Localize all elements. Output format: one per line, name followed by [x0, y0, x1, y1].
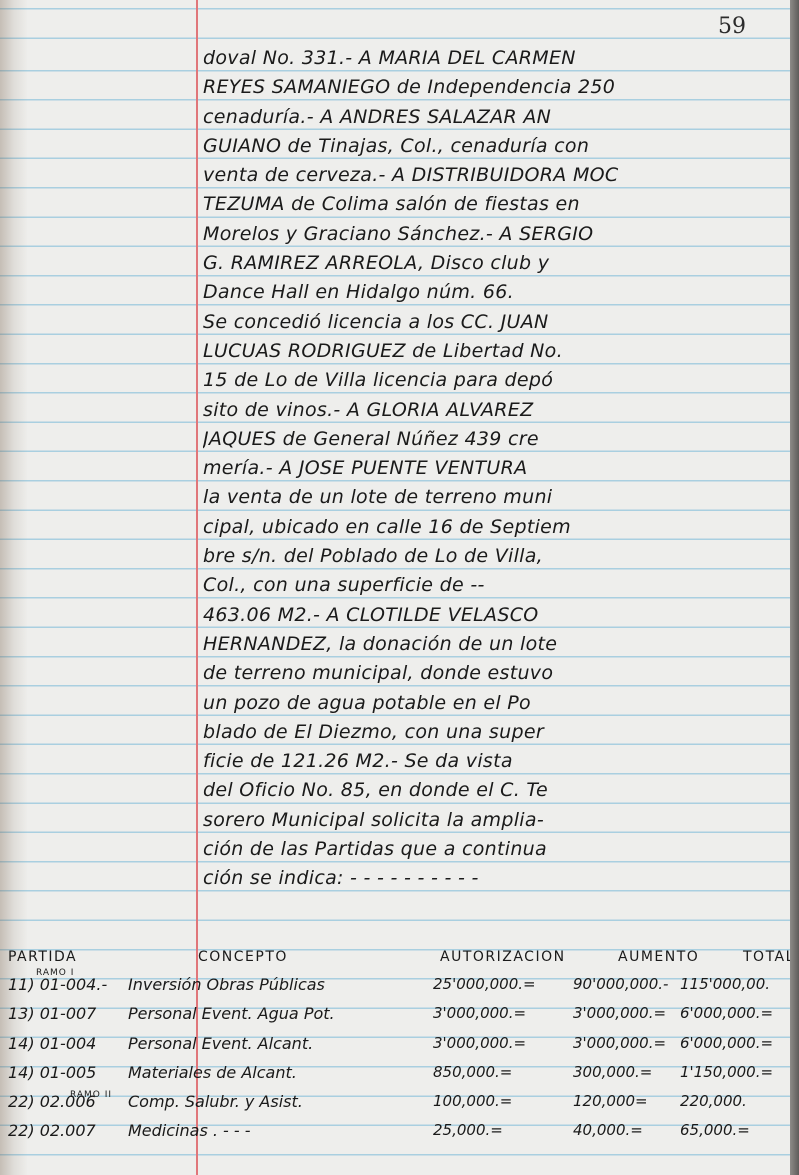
cell-autorizacion: 850,000.= — [433, 1058, 573, 1087]
text-line: Se concedió licencia a los CC. JUAN — [203, 308, 788, 337]
cell-concepto: Medicinas . - - - — [128, 1116, 428, 1145]
text-line: HERNANDEZ, la donación de un lote — [203, 630, 788, 659]
table-row: 14) 01-005 Materiales de Alcant. 850,000… — [8, 1058, 790, 1087]
text-line: un pozo de agua potable en el Po — [203, 689, 788, 718]
text-line: Col., con una superficie de -- — [203, 571, 788, 600]
cell-concepto: Inversión Obras Públicas — [128, 970, 428, 999]
text-line: REYES SAMANIEGO de Independencia 250 — [203, 73, 788, 102]
cell-aumento: 120,000= — [573, 1087, 683, 1116]
table-row: 22) 02.007 Medicinas . - - - 25,000.= 40… — [8, 1116, 790, 1145]
cell-concepto: Comp. Salubr. y Asist. — [128, 1087, 428, 1116]
text-line: Dance Hall en Hidalgo núm. 66. — [203, 278, 788, 307]
text-line: bre s/n. del Poblado de Lo de Villa, — [203, 542, 788, 571]
cell-total: 6'000,000.= — [680, 999, 795, 1028]
text-line: sorero Municipal solicita la amplia- — [203, 806, 788, 835]
text-line: Morelos y Graciano Sánchez.- A SERGIO — [203, 220, 788, 249]
text-line: cipal, ubicado en calle 16 de Septiem — [203, 513, 788, 542]
text-line: doval No. 331.- A MARIA DEL CARMEN — [203, 44, 788, 73]
text-line: la venta de un lote de terreno muni — [203, 483, 788, 512]
text-line: mería.- A JOSE PUENTE VENTURA — [203, 454, 788, 483]
table-header-row: PARTIDA RAMO I CONCEPTO AUTORIZACION AUM… — [8, 944, 790, 970]
cell-aumento: 90'000,000.- — [573, 970, 683, 999]
cell-partida: 14) 01-004 — [8, 1029, 128, 1058]
text-line: blado de El Diezmo, con una super — [203, 718, 788, 747]
table-row: 11) 01-004.- Inversión Obras Públicas 25… — [8, 970, 790, 999]
text-line: GUIANO de Tinajas, Col., cenaduría con — [203, 132, 788, 161]
budget-partidas-table: PARTIDA RAMO I CONCEPTO AUTORIZACION AUM… — [8, 944, 790, 1146]
table-row: 13) 01-007 Personal Event. Agua Pot. 3'0… — [8, 999, 790, 1028]
page-number: 59 — [718, 14, 746, 39]
cell-partida: 11) 01-004.- — [8, 970, 128, 999]
text-line: ción de las Partidas que a continua — [203, 835, 788, 864]
header-aumento: AUMENTO — [618, 944, 728, 970]
text-line: 15 de Lo de Villa licencia para depó — [203, 366, 788, 395]
cell-concepto: Personal Event. Alcant. — [128, 1029, 428, 1058]
text-line: cenaduría.- A ANDRES SALAZAR AN — [203, 103, 788, 132]
text-line: G. RAMIREZ ARREOLA, Disco club y — [203, 249, 788, 278]
cell-total: 6'000,000.= — [680, 1029, 795, 1058]
text-line: TEZUMA de Colima salón de fiestas en — [203, 190, 788, 219]
cell-aumento: 3'000,000.= — [573, 1029, 683, 1058]
cell-concepto: Materiales de Alcant. — [128, 1058, 428, 1087]
text-line: de terreno municipal, donde estuvo — [203, 659, 788, 688]
cell-total: 220,000. — [680, 1087, 795, 1116]
text-line: venta de cerveza.- A DISTRIBUIDORA MOC — [203, 161, 788, 190]
text-line: LUCUAS RODRIGUEZ de Libertad No. — [203, 337, 788, 366]
text-line: sito de vinos.- A GLORIA ALVAREZ — [203, 396, 788, 425]
text-line: JAQUES de General Núñez 439 cre — [203, 425, 788, 454]
cell-total: 115'000,00. — [680, 970, 795, 999]
header-autorizacion: AUTORIZACION — [440, 944, 580, 970]
text-line: 463.06 M2.- A CLOTILDE VELASCO — [203, 601, 788, 630]
text-line: del Oficio No. 85, en donde el C. Te — [203, 776, 788, 805]
table-row: 14) 01-004 Personal Event. Alcant. 3'000… — [8, 1029, 790, 1058]
ledger-page: 59 doval No. 331.- A MARIA DEL CARMEN RE… — [0, 0, 790, 1175]
cell-total: 65,000.= — [680, 1116, 795, 1145]
text-line: ficie de 121.26 M2.- Se da vista — [203, 747, 788, 776]
cell-autorizacion: 100,000.= — [433, 1087, 573, 1116]
text-line: ción se indica: - - - - - - - - - - — [203, 864, 788, 893]
cell-aumento: 300,000.= — [573, 1058, 683, 1087]
cell-autorizacion: 25,000.= — [433, 1116, 573, 1145]
cell-partida: 13) 01-007 — [8, 999, 128, 1028]
cell-autorizacion: 25'000,000.= — [433, 970, 573, 999]
cell-aumento: 3'000,000.= — [573, 999, 683, 1028]
cell-partida: 22) 02.007 — [8, 1116, 128, 1145]
cell-autorizacion: 3'000,000.= — [433, 999, 573, 1028]
table-row: RAMO II 22) 02.006 Comp. Salubr. y Asist… — [8, 1087, 790, 1116]
cell-aumento: 40,000.= — [573, 1116, 683, 1145]
cell-total: 1'150,000.= — [680, 1058, 795, 1087]
cell-partida: 22) 02.006 — [8, 1087, 128, 1116]
cell-concepto: Personal Event. Agua Pot. — [128, 999, 428, 1028]
page-edge — [790, 0, 799, 1175]
cell-autorizacion: 3'000,000.= — [433, 1029, 573, 1058]
handwritten-minutes-text: doval No. 331.- A MARIA DEL CARMEN REYES… — [203, 44, 788, 894]
